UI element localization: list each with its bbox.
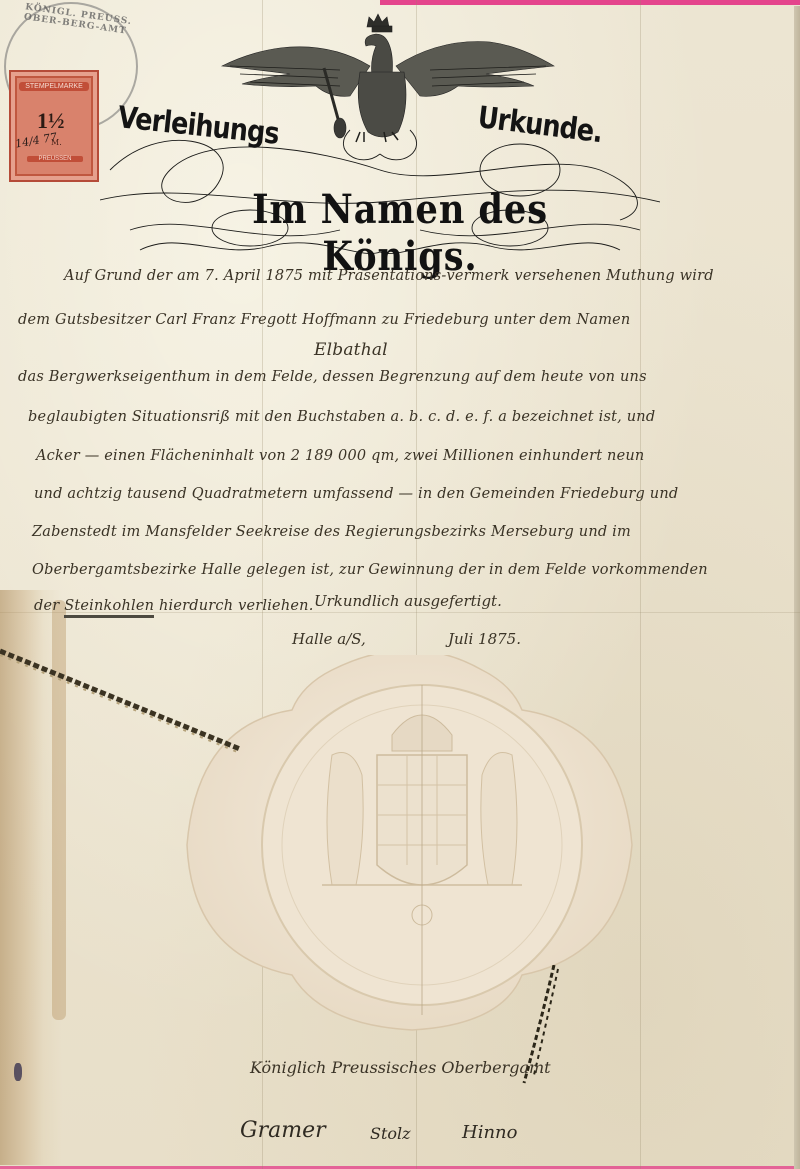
revenue-stamp: STEMPELMARKE 1½ M. 14/4 77 PREUSSEN: [9, 70, 99, 182]
signature: Hinno: [462, 1122, 517, 1143]
body-line: Auf Grund der am 7. April 1875 mit Präse…: [64, 268, 714, 284]
ink-blot: [14, 1063, 22, 1081]
body-line: Zabenstedt im Mansfelder Seekreise des R…: [32, 524, 631, 540]
revenue-stamp-label: STEMPELMARKE: [19, 82, 89, 91]
signature: Stolz: [370, 1124, 411, 1143]
seal-cord-left: [0, 645, 250, 755]
body-line: Acker — einen Flächeninhalt von 2 189 00…: [36, 448, 644, 464]
body-line-final: der Steinkohlen hierdurch verliehen.: [34, 598, 314, 614]
hand-stamp-text: KÖNIGL. PREUSS. OBER-BERG-AMT: [23, 2, 137, 37]
place-prefix: Halle a/S,: [292, 630, 366, 648]
mineral-underlined: Steinkohlen: [64, 598, 154, 618]
scan-edge-top: [380, 0, 800, 5]
issuing-authority: Königlich Preussisches Oberbergamt: [250, 1058, 551, 1077]
date-suffix: Juli 1875.: [448, 630, 521, 648]
body-line: Oberbergamtsbezirke Halle gelegen ist, z…: [32, 562, 708, 578]
body-line: beglaubigten Situationsriß mit den Buchs…: [28, 409, 655, 425]
revenue-stamp-value: 1½: [37, 108, 65, 134]
document-subtitle: Im Namen des Königs.: [224, 186, 576, 280]
revenue-stamp-cancellation: 14/4 77: [14, 130, 58, 150]
signature: Gramer: [240, 1118, 326, 1143]
mine-field-name: Elbathal: [314, 340, 388, 360]
body-line: und achtzig tausend Quadratmetern umfass…: [34, 486, 678, 502]
attestation: Urkundlich ausgefertigt.: [314, 592, 502, 610]
body-line: das Bergwerkseigenthum in dem Felde, des…: [18, 369, 647, 385]
final-suffix: hierdurch verliehen.: [159, 598, 314, 614]
document-page: KÖNIGL. PREUSS. OBER-BERG-AMT STEMPELMAR…: [0, 0, 800, 1169]
final-prefix: der: [34, 598, 59, 614]
embossed-seal: seal: [182, 655, 642, 1035]
body-line: dem Gutsbesitzer Carl Franz Fregott Hoff…: [18, 312, 630, 328]
revenue-stamp-country: PREUSSEN: [27, 156, 83, 162]
paper-edge-right: [794, 6, 800, 1169]
